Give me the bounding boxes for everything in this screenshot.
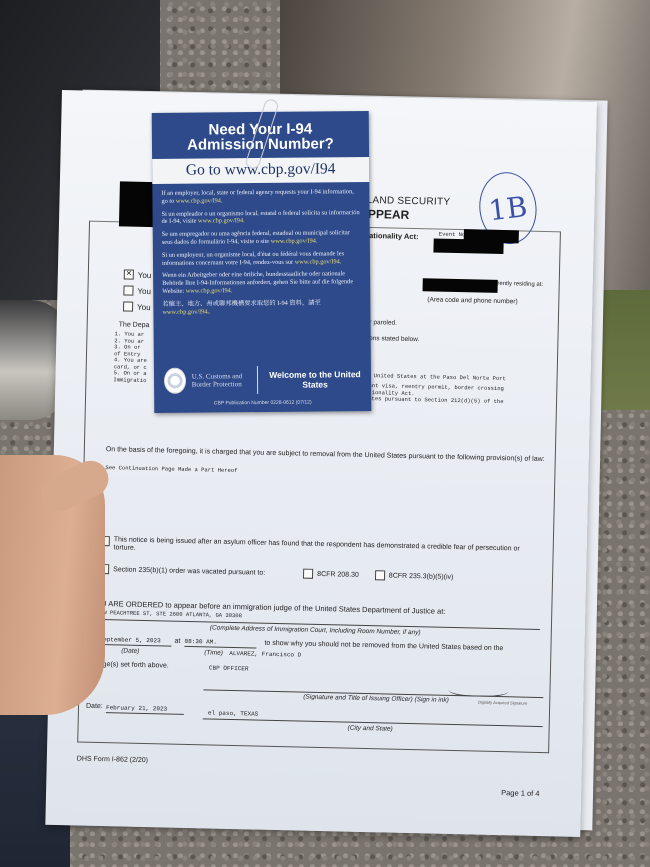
checkbox-row-arriving-alien[interactable]: ✕ You — [124, 269, 152, 280]
dhs-seal-icon — [164, 368, 186, 394]
city-state-value: el paso, TEXAS — [208, 709, 259, 717]
form-number: DHS Form I-862 (2/20) — [77, 756, 148, 765]
instruction-portuguese: Se um empregador ou uma agência federal,… — [162, 229, 361, 246]
digital-signature-note: Digitally Acquired Signature — [478, 700, 527, 706]
card-instructions: If an employer, local, state or federal … — [152, 182, 370, 316]
instruction-english: If an employer, local, state or federal … — [161, 188, 360, 205]
officer-title-value: CBP OFFICER — [209, 664, 249, 672]
checkbox-row-alien-present[interactable]: You — [123, 285, 151, 296]
footer-divider — [257, 366, 258, 394]
checkbox-row-admitted[interactable]: You — [123, 301, 151, 312]
instruction-spanish: Si un empleador o un organismo local, es… — [162, 209, 361, 226]
instruction-chinese: 若僱主、地方、州或聯邦機構要求取您的 I-94 資料，請至www.cbp.gov… — [162, 299, 361, 316]
hearing-date-value: September 5, 2023 — [99, 636, 160, 644]
issue-date-value: February 21, 2023 — [106, 704, 167, 712]
allegation-4-5-text: migrant visa, reentry permit, border cro… — [355, 383, 504, 406]
redaction-bar — [433, 238, 503, 254]
card-footer: U.S. Customs and Border Protection Welco… — [164, 363, 364, 397]
department-alleges: The Depa — [119, 321, 150, 329]
at-label: at — [174, 638, 180, 645]
checkbox-8cfr-208-30[interactable] — [303, 569, 313, 579]
time-caption: (Time) — [204, 649, 223, 656]
redaction-bar — [423, 278, 498, 293]
nationality-act-label: Nationality Act: — [364, 231, 419, 241]
checkbox-8cfr-235-3[interactable] — [375, 570, 385, 580]
welcome-text: Welcome to the United States — [266, 369, 364, 390]
agency-header: ELAND SECURITY — [359, 195, 450, 208]
date-caption: (Date) — [121, 647, 139, 654]
hearing-time-value: 08:30 AM. — [184, 638, 217, 646]
card-url-banner: Go to www.cbp.gov/I94 — [152, 157, 369, 184]
checkbox-checked[interactable]: ✕ — [124, 269, 134, 279]
publication-number: CBP Publication Number 0228-0612 (07/12) — [154, 399, 371, 407]
instruction-french: Si un employeur, un organisme local, d'é… — [162, 250, 361, 267]
instruction-german: Wenn ein Arbeitgeber oder eine örtliche,… — [162, 271, 361, 296]
issue-date-label: Date: — [86, 703, 103, 710]
checkbox[interactable] — [123, 301, 133, 311]
page-number: Page 1 of 4 — [501, 788, 540, 798]
checkbox[interactable] — [123, 285, 133, 295]
city-state-caption: (City and State) — [348, 725, 393, 733]
agency-name: U.S. Customs and Border Protection — [192, 372, 250, 389]
